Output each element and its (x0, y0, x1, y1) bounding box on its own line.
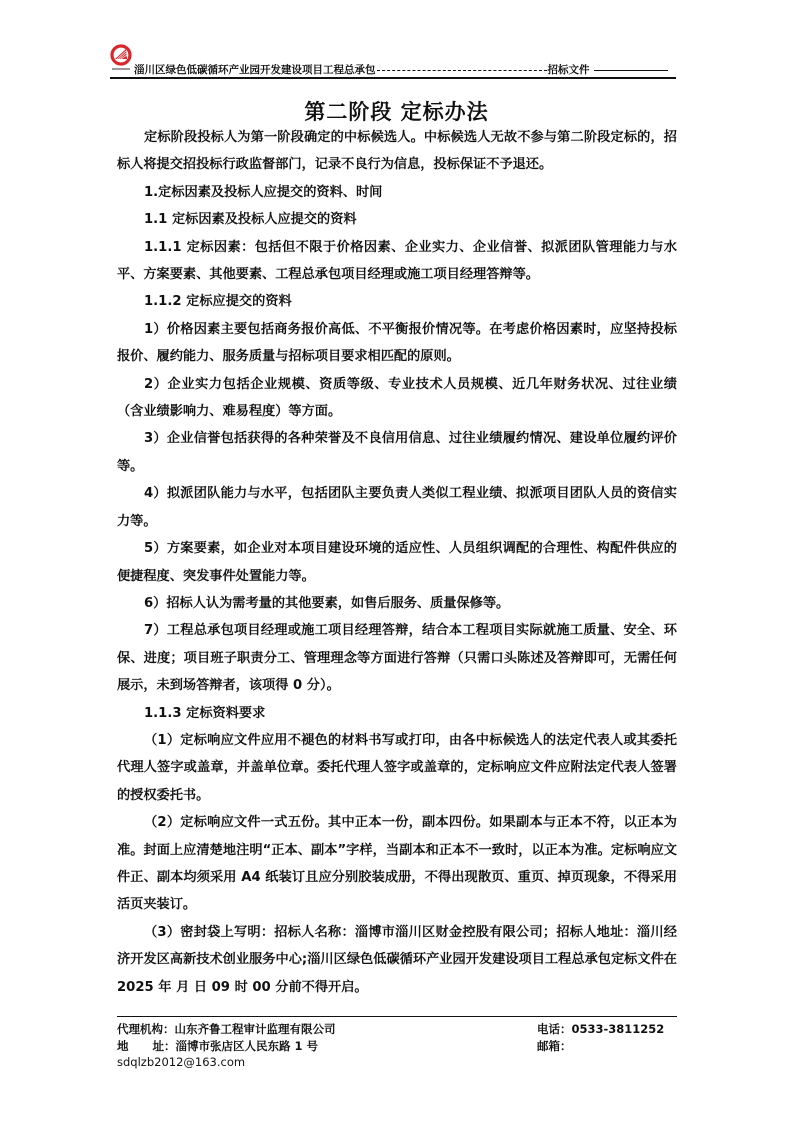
page-footer: 代理机构：山东齐鲁工程审计监理有限公司 电话：0533-3811252 地 址：… (117, 1016, 677, 1071)
footer-agency: 代理机构：山东齐鲁工程审计监理有限公司 (117, 1021, 336, 1038)
page-header: 淄川区绿色低碳循环产业园开发建设项目工程总承包招标文件 (110, 44, 676, 80)
requirement-1: （1）定标响应文件应用不褪色的材料书写或打印，由各中标候选人的法定代表人或其委托… (117, 727, 677, 809)
company-logo-icon (110, 44, 132, 74)
header-title: 淄川区绿色低碳循环产业园开发建设项目工程总承包招标文件 (134, 62, 668, 77)
list-item-team-ability: 4）拟派团队能力与水平，包括团队主要负责人类似工程业绩、拟派项目团队人员的资信实… (117, 480, 677, 535)
section-heading-1-1-2: 1.1.2 定标应提交的资料 (117, 288, 677, 315)
requirement-2: （2）定标响应文件一式五份。其中正本一份，副本四份。如果副本与正本不符，以正本为… (117, 809, 677, 919)
list-item-other-factors: 6）招标人认为需考量的其他要素，如售后服务、质量保修等。 (117, 590, 677, 617)
document-body: 定标阶段投标人为第一阶段确定的中标候选人。中标候选人无故不参与第二阶段定标的，招… (117, 124, 677, 1001)
intro-paragraph: 定标阶段投标人为第一阶段确定的中标候选人。中标候选人无故不参与第二阶段定标的，招… (117, 124, 677, 179)
requirement-3: （3）密封袋上写明：招标人名称：淄博市淄川区财金控股有限公司；招标人地址：淄川经… (117, 919, 677, 1001)
footer-email-label: 邮箱： (537, 1038, 677, 1055)
section-1-1-1-paragraph: 1.1.1 定标因素：包括但不限于价格因素、企业实力、企业信誉、拟派团队管理能力… (117, 234, 677, 289)
list-item-manager-defense: 7）工程总承包项目经理或施工项目经理答辩，结合本工程项目实际就施工质量、安全、环… (117, 617, 677, 699)
footer-address: 地 址：淄博市张店区人民东路 1 号 (117, 1038, 318, 1055)
address-label: 地 址： (117, 1039, 176, 1053)
address-value: 淄博市张店区人民东路 1 号 (176, 1039, 319, 1053)
header-tail-line (594, 70, 668, 71)
phone-number: 0533-3811252 (572, 1022, 665, 1036)
list-item-price-factor: 1）价格因素主要包括商务报价高低、不平衡报价情况等。在考虑价格因素时，应坚持投标… (117, 316, 677, 371)
header-project-name: 淄川区绿色低碳循环产业园开发建设项目工程总承包 (134, 64, 376, 76)
footer-row-address: 地 址：淄博市张店区人民东路 1 号 邮箱： (117, 1038, 677, 1055)
footer-email[interactable]: sdqlzb2012@163.com (117, 1054, 677, 1071)
agency-name: 山东齐鲁工程审计监理有限公司 (175, 1022, 336, 1036)
section-heading-1-1-3: 1.1.3 定标资料要求 (117, 700, 677, 727)
agency-label: 代理机构： (117, 1022, 175, 1036)
phone-label: 电话： (537, 1022, 572, 1036)
header-rule (110, 77, 676, 79)
footer-phone: 电话：0533-3811252 (537, 1021, 677, 1038)
list-item-company-reputation: 3）企业信誉包括获得的各种荣誉及不良信用信息、过往业绩履约情况、建设单位履约评价… (117, 425, 677, 480)
section-heading-1: 1.定标因素及投标人应提交的资料、时间 (117, 179, 677, 206)
header-dashed-separator (377, 70, 547, 71)
footer-row-agency: 代理机构：山东齐鲁工程审计监理有限公司 电话：0533-3811252 (117, 1021, 677, 1038)
section-heading-1-1: 1.1 定标因素及投标人应提交的资料 (117, 206, 677, 233)
list-item-plan-factors: 5）方案要素，如企业对本项目建设环境的适应性、人员组织调配的合理性、构配件供应的… (117, 535, 677, 590)
list-item-company-strength: 2）企业实力包括企业规模、资质等级、专业技术人员规模、近几年财务状况、过往业绩（… (117, 371, 677, 426)
header-doc-type: 招标文件 (548, 64, 590, 76)
page-title: 第二阶段 定标办法 (0, 96, 793, 126)
